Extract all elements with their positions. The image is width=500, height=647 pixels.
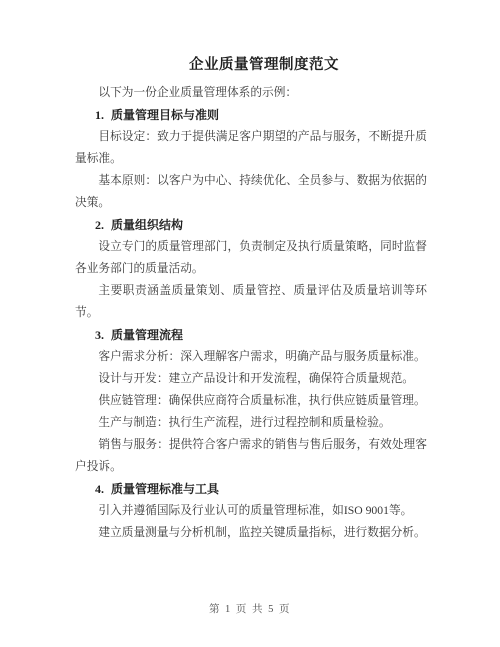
section-4: 4.质量管理标准与工具 引入并遵循国际及行业认可的质量管理标准，如ISO 900… <box>75 478 427 544</box>
section-3-number: 3. <box>95 324 104 346</box>
paragraph: 基本原则：以客户为中心、持续优化、全员参与、数据为依据的决策。 <box>75 170 427 214</box>
section-3-heading: 3.质量管理流程 <box>75 324 427 346</box>
paragraph: 建立质量测量与分析机制，监控关键质量指标，进行数据分析。 <box>75 522 427 544</box>
section-1-heading: 1.质量管理目标与准则 <box>75 104 427 126</box>
paragraph: 销售与服务：提供符合客户需求的销售与售后服务，有效处理客户投诉。 <box>75 434 427 478</box>
paragraph: 设计与开发：建立产品设计和开发流程，确保符合质量规范。 <box>75 368 427 390</box>
section-1-title: 质量管理目标与准则 <box>111 108 219 122</box>
section-2-number: 2. <box>95 214 104 236</box>
paragraph: 引入并遵循国际及行业认可的质量管理标准，如ISO 9001等。 <box>75 500 427 522</box>
section-1-number: 1. <box>95 104 104 126</box>
paragraph: 客户需求分析：深入理解客户需求，明确产品与服务质量标准。 <box>75 346 427 368</box>
document-title: 企业质量管理制度范文 <box>88 53 440 77</box>
page-number-indicator: 第 1 页 共 5 页 <box>209 604 291 615</box>
document-content: 企业质量管理制度范文 以下为一份企业质量管理体系的示例： 1.质量管理目标与准则… <box>75 53 427 544</box>
section-2: 2.质量组织结构 设立专门的质量管理部门，负责制定及执行质量策略，同时监督各业务… <box>75 214 427 324</box>
section-4-number: 4. <box>95 478 104 500</box>
section-4-heading: 4.质量管理标准与工具 <box>75 478 427 500</box>
section-3: 3.质量管理流程 客户需求分析：深入理解客户需求，明确产品与服务质量标准。 设计… <box>75 324 427 478</box>
section-2-title: 质量组织结构 <box>111 218 183 232</box>
section-4-title: 质量管理标准与工具 <box>111 482 219 496</box>
section-3-title: 质量管理流程 <box>111 328 183 342</box>
paragraph: 供应链管理：确保供应商符合质量标准，执行供应链质量管理。 <box>75 390 427 412</box>
page-footer: 第 1 页 共 5 页 <box>0 603 500 617</box>
paragraph: 主要职责涵盖质量策划、质量管控、质量评估及质量培训等环节。 <box>75 280 427 324</box>
paragraph: 生产与制造：执行生产流程，进行过程控制和质量检验。 <box>75 412 427 434</box>
section-1: 1.质量管理目标与准则 目标设定：致力于提供满足客户期望的产品与服务，不断提升质… <box>75 104 427 214</box>
intro-paragraph: 以下为一份企业质量管理体系的示例： <box>75 82 427 104</box>
section-2-heading: 2.质量组织结构 <box>75 214 427 236</box>
document-page: 企业质量管理制度范文 以下为一份企业质量管理体系的示例： 1.质量管理目标与准则… <box>0 0 500 647</box>
paragraph: 设立专门的质量管理部门，负责制定及执行质量策略，同时监督各业务部门的质量活动。 <box>75 236 427 280</box>
paragraph: 目标设定：致力于提供满足客户期望的产品与服务，不断提升质量标准。 <box>75 126 427 170</box>
